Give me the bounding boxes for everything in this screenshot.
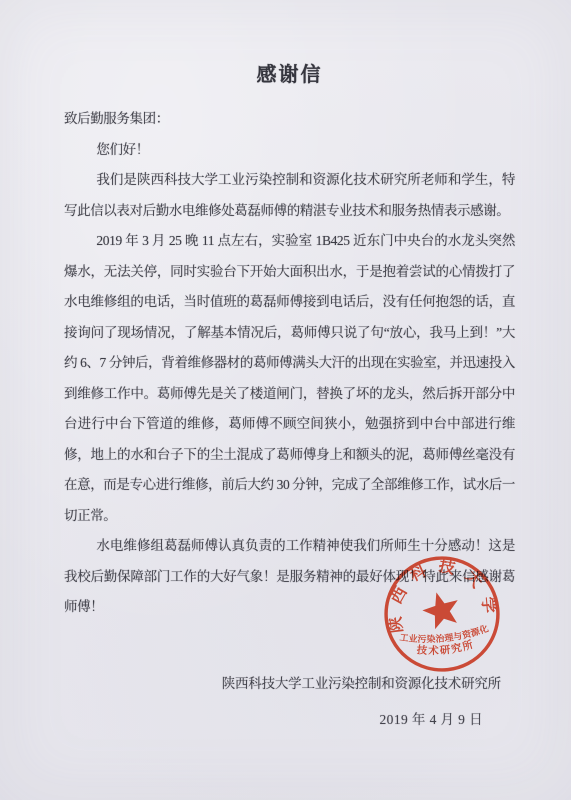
letter-greeting: 您们好！ (64, 135, 515, 166)
scanned-letter-page: 感谢信 致后勤服务集团： 您们好！ 我们是陕西科技大学工业污染控制和资源化技术研… (0, 0, 571, 800)
letter-title: 感谢信 (64, 58, 515, 87)
official-seal-stamp: 陕西科技大学 工业污染治理与资源化 技术研究所 (375, 547, 509, 681)
letter-paragraph-intro: 我们是陕西科技大学工业污染控制和资源化技术研究所老师和学生，特写此信以表对后勤水… (64, 165, 515, 226)
letter-paragraph-incident: 2019 年 3 月 25 晚 11 点左右，实验室 1B425 近东门中央台的… (64, 226, 515, 531)
star-icon (421, 590, 461, 630)
seal-inner-text-1: 工业污染治理与资源化 (398, 622, 491, 648)
letter-date: 2019 年 4 月 9 日 (64, 705, 515, 735)
letter-salutation: 致后勤服务集团： (64, 104, 515, 135)
